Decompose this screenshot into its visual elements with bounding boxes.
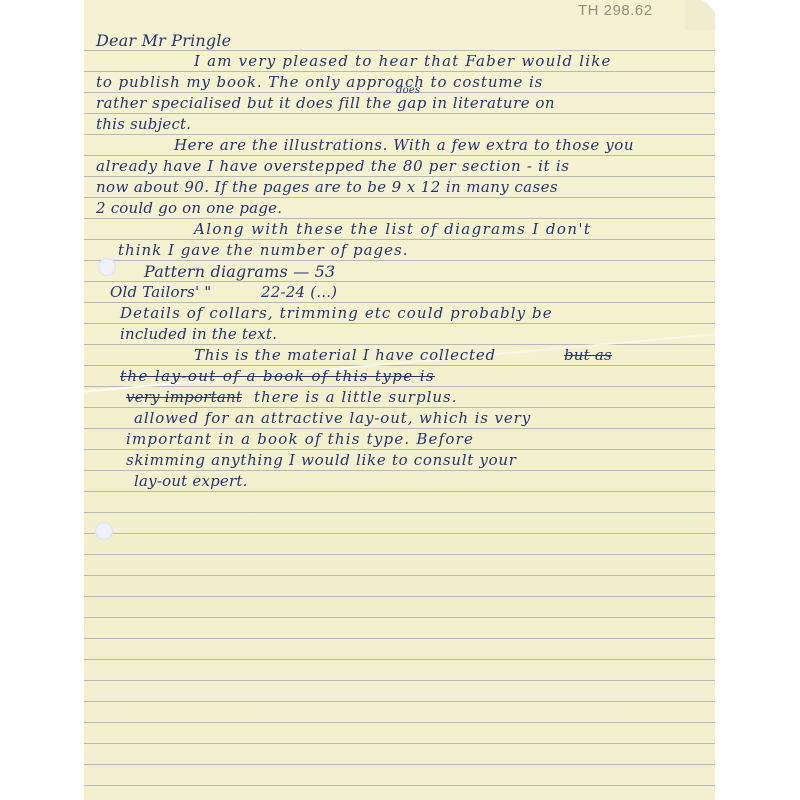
rule-line: [84, 512, 715, 513]
rule-line: [84, 596, 715, 597]
letter-line: now about 90. If the pages are to be 9 x…: [96, 177, 558, 198]
letter-line: skimming anything I would like to consul…: [126, 450, 517, 471]
pattern-diagrams-count: Pattern diagrams — 53: [144, 261, 335, 282]
letter-line: This is the material I have collected: [194, 345, 496, 366]
curled-corner: [685, 0, 715, 30]
struck-text: but as: [564, 345, 612, 366]
letter-line: think I gave the number of pages.: [118, 240, 409, 261]
letter-page: TH 298.62 Dear Mr Pringle I am very plea…: [84, 0, 715, 800]
rule-line: [84, 554, 715, 555]
letter-line: important in a book of this type. Before: [126, 429, 474, 450]
rule-line: [84, 722, 715, 723]
letter-line: allowed for an attractive lay-out, which…: [134, 408, 531, 429]
letter-line: there is a little surplus.: [254, 387, 458, 408]
letter-line: Along with these the list of diagrams I …: [194, 219, 591, 240]
punch-hole: [98, 258, 116, 276]
rule-line: [84, 785, 715, 786]
archive-reference-number: TH 298.62: [578, 2, 653, 19]
rule-line: [84, 701, 715, 702]
letter-line: this subject.: [96, 114, 191, 135]
rule-line: [84, 659, 715, 660]
rule-line: [84, 743, 715, 744]
rule-line: [84, 680, 715, 681]
struck-text: very important: [126, 387, 242, 408]
rule-line: [84, 638, 715, 639]
letter-line: lay-out expert.: [134, 471, 248, 492]
letter-line: Here are the illustrations. With a few e…: [174, 135, 634, 156]
rule-line: [84, 575, 715, 576]
letter-line: to publish my book. The only approach to…: [96, 72, 543, 93]
rule-line: [84, 764, 715, 765]
letter-line: included in the text.: [120, 324, 277, 345]
letter-line: 2 could go on one page.: [96, 198, 282, 219]
letter-line: I am very pleased to hear that Faber wou…: [194, 51, 612, 72]
letter-line: already have I have overstepped the 80 p…: [96, 156, 570, 177]
salutation: Dear Mr Pringle: [96, 30, 231, 51]
rule-line: [84, 617, 715, 618]
letter-line: Details of collars, trimming etc could p…: [120, 303, 553, 324]
old-tailors-count: Old Tailors' " 22-24 (...): [110, 282, 337, 303]
letter-line: rather specialised but it does fill the …: [96, 93, 555, 114]
struck-text: the lay-out of a book of this type is: [120, 366, 435, 387]
rule-line: [84, 533, 715, 534]
punch-hole: [95, 522, 113, 540]
